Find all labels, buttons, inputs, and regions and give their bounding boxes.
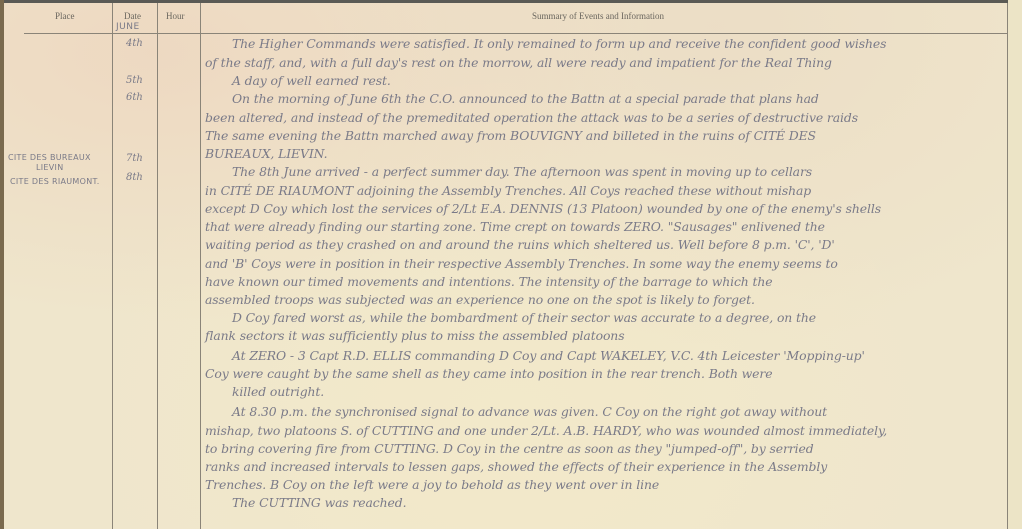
date-entry: 7th: [126, 153, 143, 164]
summary-line: The 8th June arrived - a perfect summer …: [232, 164, 812, 179]
place-entry: CITE DES BUREAUX: [8, 153, 91, 162]
summary-line: to bring covering fire from CUTTING. D C…: [205, 441, 814, 456]
header-divider: [24, 33, 1008, 34]
date-entry: 4th: [126, 38, 143, 49]
summary-line: in CITÉ DE RIAUMONT adjoining the Assemb…: [205, 183, 811, 198]
summary-line: waiting period as they crashed on and ar…: [205, 237, 835, 252]
place-entry: LIEVIN: [36, 163, 64, 172]
month-label: JUNE: [116, 22, 140, 32]
summary-line: mishap, two platoons S. of CUTTING and o…: [205, 423, 887, 438]
column-divider-place-date: [112, 3, 113, 529]
summary-line: Trenches. B Coy on the left were a joy t…: [205, 477, 659, 492]
top-border: [0, 0, 1022, 3]
summary-line: BUREAUX, LIEVIN.: [205, 146, 327, 161]
summary-line: have known our timed movements and inten…: [205, 274, 773, 289]
column-divider-date-hour: [157, 3, 158, 529]
page-edge: [0, 0, 4, 529]
summary-line: flank sectors it was sufficiently plus t…: [205, 328, 624, 343]
date-entry: 8th: [126, 172, 143, 183]
column-divider-hour-summary: [200, 3, 201, 529]
summary-line: D Coy fared worst as, while the bombardm…: [232, 310, 816, 325]
right-margin: [1008, 0, 1022, 529]
column-divider-right: [1007, 3, 1008, 529]
summary-line: that were already finding our starting z…: [205, 219, 825, 234]
summary-line: and 'B' Coys were in position in their r…: [205, 256, 838, 271]
date-entry: 6th: [126, 92, 143, 103]
summary-line: Coy were caught by the same shell as the…: [205, 366, 772, 381]
date-entry: 5th: [126, 75, 143, 86]
summary-line: At 8.30 p.m. the synchronised signal to …: [232, 404, 827, 419]
summary-line: except D Coy which lost the services of …: [205, 201, 881, 216]
summary-line: of the staff, and, with a full day's res…: [205, 55, 832, 70]
summary-line: The CUTTING was reached.: [232, 495, 406, 510]
summary-line: killed outright.: [232, 384, 324, 399]
column-header-summary: Summary of Events and Information: [532, 11, 664, 21]
summary-line: A day of well earned rest.: [232, 73, 391, 88]
summary-line: ranks and increased intervals to lessen …: [205, 459, 827, 474]
place-entry: CITE DES RIAUMONT.: [10, 177, 100, 186]
summary-line: The Higher Commands were satisfied. It o…: [232, 36, 886, 51]
summary-line: The same evening the Battn marched away …: [205, 128, 816, 143]
summary-line: At ZERO - 3 Capt R.D. ELLIS commanding D…: [232, 348, 865, 363]
summary-line: been altered, and instead of the premedi…: [205, 110, 858, 125]
column-header-place: Place: [55, 11, 75, 21]
summary-line: On the morning of June 6th the C.O. anno…: [232, 91, 819, 106]
column-header-date: Date: [124, 11, 141, 21]
column-header-hour: Hour: [166, 11, 185, 21]
summary-line: assembled troops was subjected was an ex…: [205, 292, 755, 307]
